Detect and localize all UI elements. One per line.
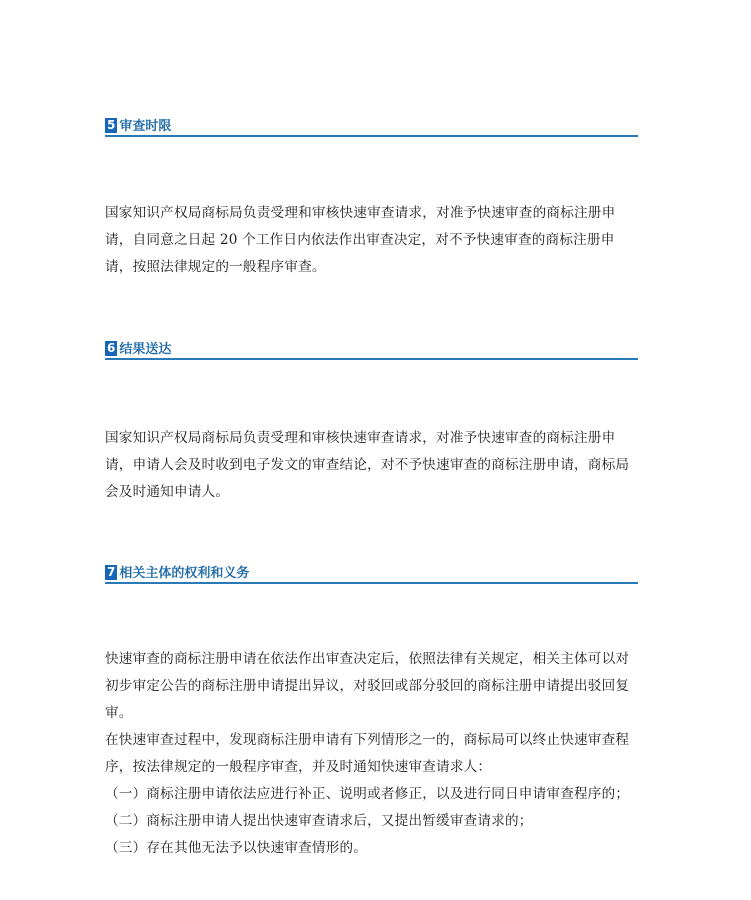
list-item: （一）商标注册申请依法应进行补正、说明或者修正，以及进行同日申请审查程序的； bbox=[105, 781, 640, 808]
section-number-badge: 6 bbox=[105, 341, 117, 356]
section-heading-6: 6 结果送达 bbox=[105, 336, 638, 360]
paragraph: 国家知识产权局商标局负责受理和审核快速审查请求，对准予快速审查的商标注册申请，自… bbox=[105, 200, 640, 281]
section-number-badge: 5 bbox=[105, 118, 117, 133]
section-title: 相关主体的权利和义务 bbox=[119, 565, 249, 582]
paragraph: 国家知识产权局商标局负责受理和审核快速审查请求，对准予快速审查的商标注册申请，申… bbox=[105, 425, 640, 506]
section-number-badge: 7 bbox=[105, 565, 117, 580]
section-body-7: 快速审查的商标注册申请在依法作出审查决定后，依照法律有关规定，相关主体可以对初步… bbox=[105, 646, 640, 862]
section-heading-5: 5 审查时限 bbox=[105, 113, 638, 137]
paragraph: 在快速审查过程中，发现商标注册申请有下列情形之一的，商标局可以终止快速审查程序，… bbox=[105, 727, 640, 781]
list-item: （二）商标注册申请人提出快速审查请求后，又提出暂缓审查请求的； bbox=[105, 808, 640, 835]
section-title: 审查时限 bbox=[119, 118, 171, 135]
paragraph: 快速审查的商标注册申请在依法作出审查决定后，依照法律有关规定，相关主体可以对初步… bbox=[105, 646, 640, 727]
section-title: 结果送达 bbox=[119, 341, 171, 358]
section-body-6: 国家知识产权局商标局负责受理和审核快速审查请求，对准予快速审查的商标注册申请，申… bbox=[105, 425, 640, 506]
section-heading-7: 7 相关主体的权利和义务 bbox=[105, 560, 638, 584]
section-body-5: 国家知识产权局商标局负责受理和审核快速审查请求，对准予快速审查的商标注册申请，自… bbox=[105, 200, 640, 281]
list-item: （三）存在其他无法予以快速审查情形的。 bbox=[105, 835, 640, 862]
